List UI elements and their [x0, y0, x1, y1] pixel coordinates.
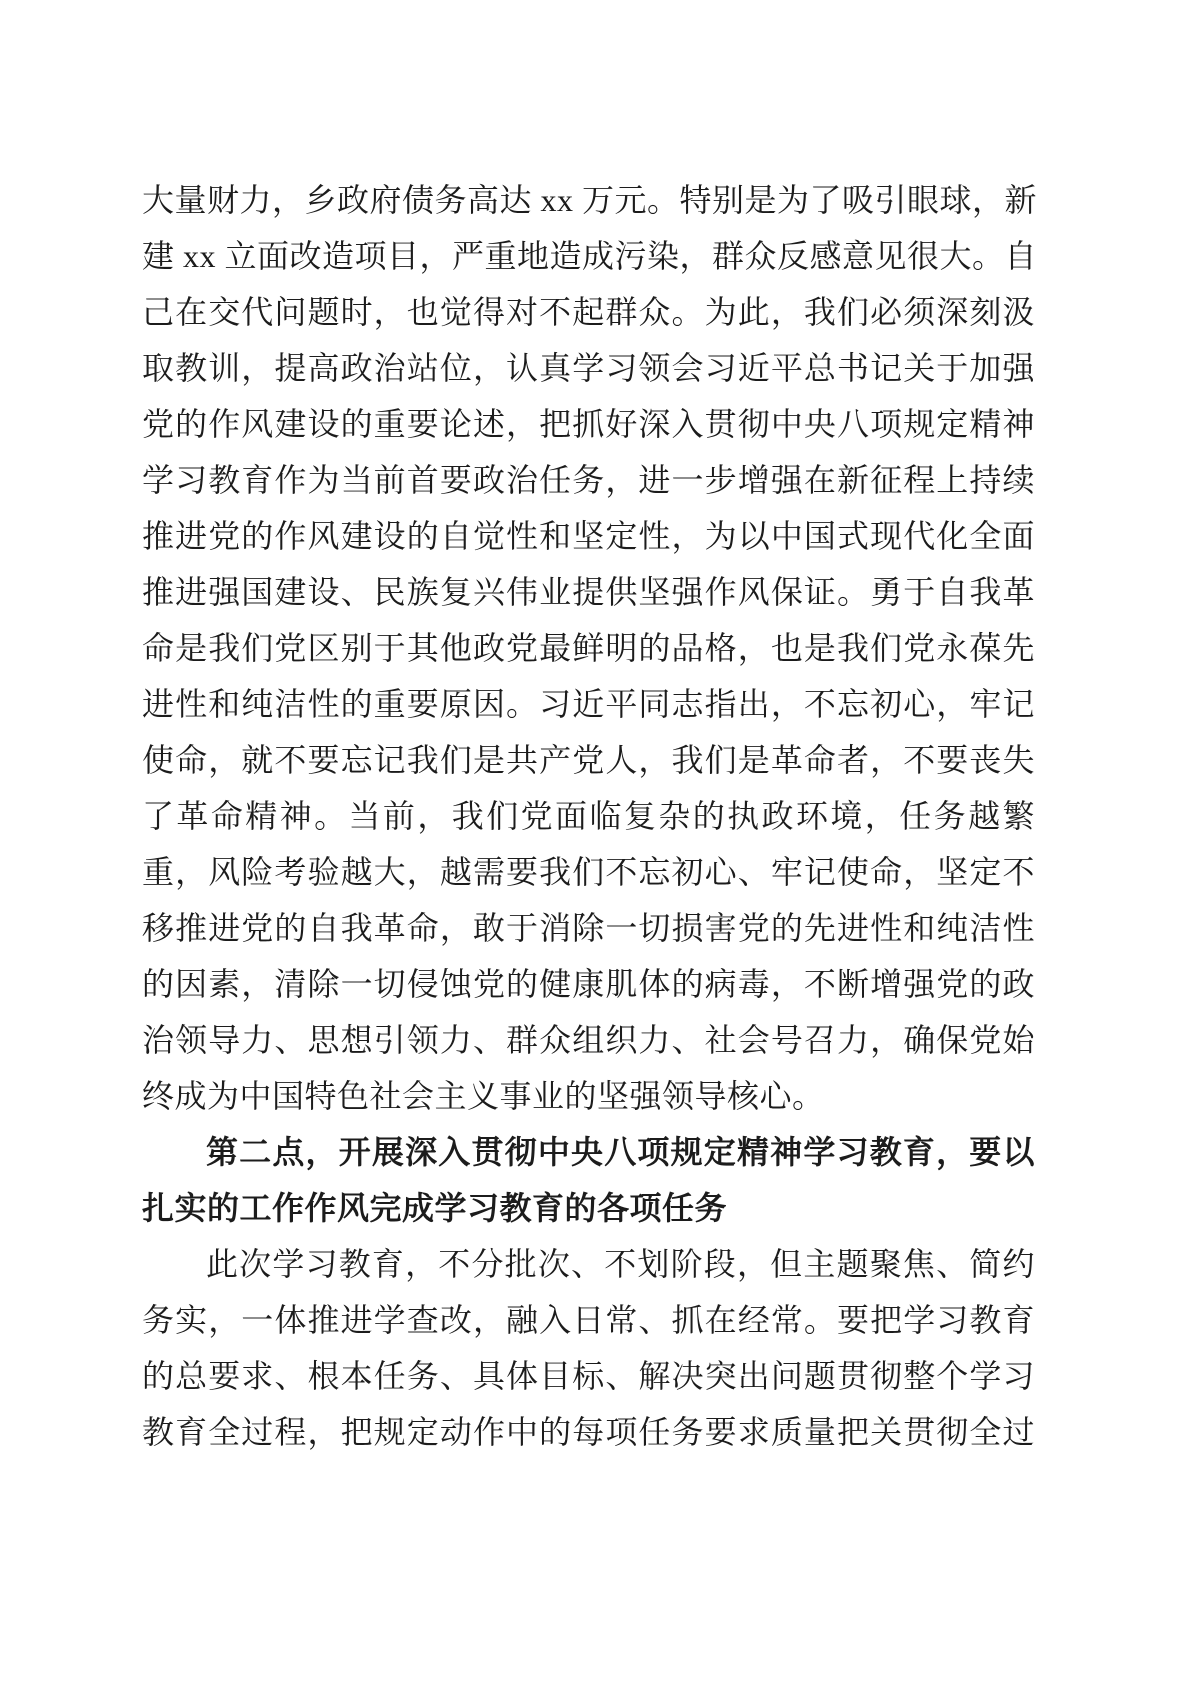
text-line: 扎实的工作作风完成学习教育的各项任务	[142, 1180, 1035, 1236]
text-block: 大量财力，乡政府债务高达 xx 万元。特别是为了吸引眼球，新建 xx 立面改造项…	[142, 172, 1035, 1460]
text-line: 进性和纯洁性的重要原因。习近平同志指出，不忘初心，牢记	[142, 676, 1035, 732]
text-line: 的因素，清除一切侵蚀党的健康肌体的病毒，不断增强党的政	[142, 956, 1035, 1012]
text-line: 终成为中国特色社会主义事业的坚强领导核心。	[142, 1068, 1035, 1124]
text-line: 重，风险考验越大，越需要我们不忘初心、牢记使命，坚定不	[142, 844, 1035, 900]
text-line: 建 xx 立面改造项目，严重地造成污染，群众反感意见很大。自	[142, 228, 1035, 284]
paragraph-heading: 第二点，开展深入贯彻中央八项规定精神学习教育，要以扎实的工作作风完成学习教育的各…	[142, 1124, 1035, 1236]
text-line: 己在交代问题时，也觉得对不起群众。为此，我们必须深刻汲	[142, 284, 1035, 340]
text-line: 务实，一体推进学查改，融入日常、抓在经常。要把学习教育	[142, 1292, 1035, 1348]
text-line: 取教训，提高政治站位，认真学习领会习近平总书记关于加强	[142, 340, 1035, 396]
text-line: 命是我们党区别于其他政党最鲜明的品格，也是我们党永葆先	[142, 620, 1035, 676]
paragraph-body: 大量财力，乡政府债务高达 xx 万元。特别是为了吸引眼球，新建 xx 立面改造项…	[142, 172, 1035, 1124]
text-line: 大量财力，乡政府债务高达 xx 万元。特别是为了吸引眼球，新	[142, 172, 1035, 228]
text-line: 教育全过程，把规定动作中的每项任务要求质量把关贯彻全过	[142, 1404, 1035, 1460]
text-line: 党的作风建设的重要论述，把抓好深入贯彻中央八项规定精神	[142, 396, 1035, 452]
text-line: 第二点，开展深入贯彻中央八项规定精神学习教育，要以	[142, 1124, 1035, 1180]
document-page: 大量财力，乡政府债务高达 xx 万元。特别是为了吸引眼球，新建 xx 立面改造项…	[0, 0, 1190, 1683]
text-line: 治领导力、思想引领力、群众组织力、社会号召力，确保党始	[142, 1012, 1035, 1068]
text-line: 了革命精神。当前，我们党面临复杂的执政环境，任务越繁	[142, 788, 1035, 844]
text-line: 此次学习教育，不分批次、不划阶段，但主题聚焦、简约	[142, 1236, 1035, 1292]
text-line: 推进党的作风建设的自觉性和坚定性，为以中国式现代化全面	[142, 508, 1035, 564]
text-line: 推进强国建设、民族复兴伟业提供坚强作风保证。勇于自我革	[142, 564, 1035, 620]
text-line: 的总要求、根本任务、具体目标、解决突出问题贯彻整个学习	[142, 1348, 1035, 1404]
text-line: 学习教育作为当前首要政治任务，进一步增强在新征程上持续	[142, 452, 1035, 508]
paragraph-body: 此次学习教育，不分批次、不划阶段，但主题聚焦、简约务实，一体推进学查改，融入日常…	[142, 1236, 1035, 1460]
text-line: 移推进党的自我革命，敢于消除一切损害党的先进性和纯洁性	[142, 900, 1035, 956]
text-line: 使命，就不要忘记我们是共产党人，我们是革命者，不要丧失	[142, 732, 1035, 788]
